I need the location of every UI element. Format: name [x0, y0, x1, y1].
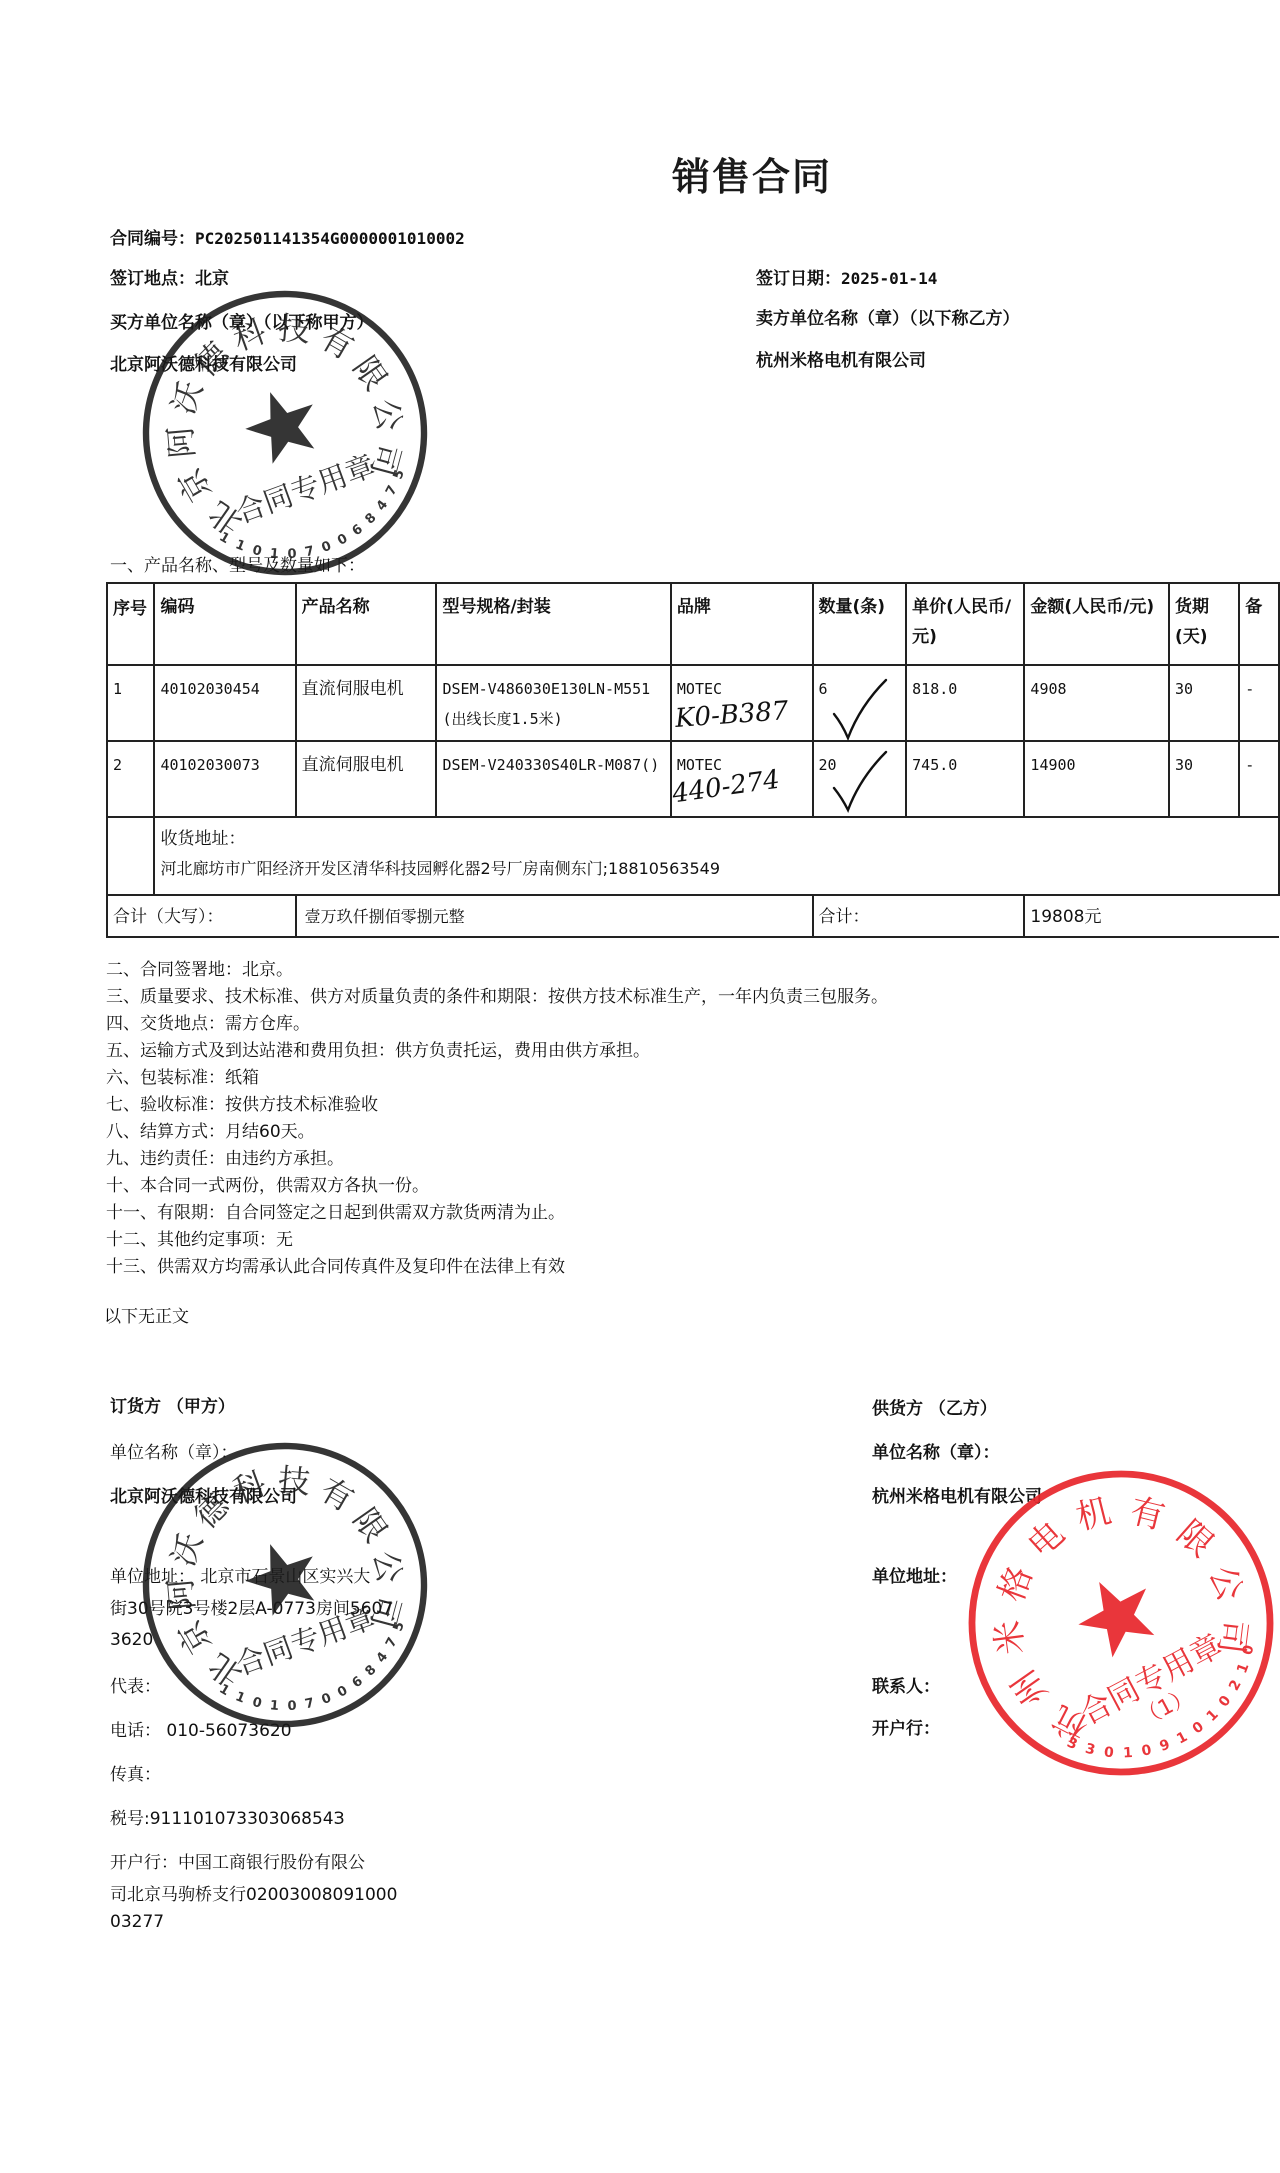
clause-item: 九、违约责任：由违约方承担。 [106, 1146, 888, 1173]
items-table: 序号 编码 产品名称 型号规格/封装 品牌 数量(条) 单价(人民币/元) 金额… [106, 582, 1280, 938]
svg-text:机: 机 [1072, 1491, 1115, 1538]
buyer-tax-number: 税号:91110107330306854З [110, 1804, 345, 1829]
row-amount: 14900 [1024, 741, 1169, 817]
svg-text:5: 5 [391, 468, 408, 482]
delivery-address-label: 收货地址： [160, 824, 1273, 854]
sign-place-label: 签订地点： [110, 269, 195, 289]
clause-item: 五、运输方式及到达站港和费用负担：供方负责托运，费用由供方承担。 [106, 1038, 888, 1065]
svg-text:德: 德 [187, 334, 237, 384]
row-code: 40102030073 [154, 741, 295, 817]
header-note: 备 [1239, 583, 1279, 665]
header-amount: 金额(人民币/元) [1024, 583, 1169, 665]
svg-text:0: 0 [1240, 1643, 1258, 1656]
clause-item: 三、质量要求、技术标准、供方对质量负责的条件和期限：按供方技术标准生产，一年内负… [106, 984, 888, 1011]
sign-date-label: 签订日期： [756, 269, 841, 289]
seller-bank-label: 开户行： [872, 1714, 940, 1739]
row-amount: 4908 [1024, 665, 1169, 741]
buyer-bank-line3: 03277 [110, 1912, 164, 1932]
row-product-name: 直流伺服电机 [296, 665, 437, 741]
svg-text:5: 5 [391, 1620, 408, 1634]
row-unit-price: 745.0 [906, 741, 1024, 817]
sign-place: 签订地点：北京 [110, 264, 229, 289]
contract-clauses: 二、合同签署地：北京。 三、质量要求、技术标准、供方对质量负责的条件和期限：按供… [106, 957, 888, 1281]
seller-unit-name-label: 单位名称（章）： [872, 1438, 1000, 1463]
svg-text:1: 1 [1204, 1707, 1222, 1725]
svg-text:1: 1 [233, 1689, 247, 1706]
svg-text:0: 0 [1216, 1693, 1235, 1711]
svg-text:6: 6 [350, 1674, 366, 1691]
buyer-company-stamp: 北京阿沃德科技有限公司合同专用章1101070068475 [140, 1440, 430, 1730]
svg-text:州: 州 [1004, 1662, 1056, 1713]
svg-text:1: 1 [233, 537, 247, 554]
svg-text:0: 0 [287, 1699, 297, 1714]
svg-text:0: 0 [335, 531, 350, 549]
svg-text:格: 格 [992, 1561, 1041, 1607]
svg-text:沃: 沃 [164, 376, 211, 419]
clause-item: 十二、其他约定事项：无 [106, 1227, 888, 1254]
table-header-row: 序号 编码 产品名称 型号规格/封装 品牌 数量(条) 单价(人民币/元) 金额… [107, 583, 1279, 665]
svg-text:限: 限 [346, 349, 395, 397]
svg-text:9: 9 [1158, 1737, 1173, 1755]
buyer-company-stamp: 北京阿沃德科技有限公司合同专用章1101070068475 [140, 288, 430, 578]
sign-date-value: 2025-01-14 [841, 269, 937, 288]
svg-text:7: 7 [304, 544, 316, 561]
svg-text:0: 0 [251, 543, 263, 560]
buyer-bank-line2: 司北京马驹桥支行02003008091000 [110, 1880, 397, 1905]
svg-text:科: 科 [228, 1464, 271, 1511]
svg-text:米: 米 [988, 1618, 1032, 1657]
total-words-label: 合计（大写）： [107, 895, 296, 937]
svg-text:2: 2 [1226, 1677, 1245, 1693]
delivery-address-row: 收货地址： 河北廊坊市广阳经济开发区清华科技园孵化器2号厂房南侧东门;18810… [107, 817, 1279, 895]
svg-text:阿: 阿 [161, 1576, 202, 1611]
contract-number: 合同编号：PC202501141354G0000001010002 [110, 224, 465, 249]
total-amount: 19808元 [1024, 895, 1279, 937]
total-row: 合计（大写）： 壹万玖仟捌佰零捌元整 合计： 19808元 [107, 895, 1279, 937]
clause-item: 八、结算方式：月结60天。 [106, 1119, 888, 1146]
row-lead-days: 30 [1169, 741, 1239, 817]
checkmark-icon [830, 676, 890, 742]
svg-text:1: 1 [1123, 1745, 1134, 1761]
row-note: - [1239, 665, 1279, 741]
svg-text:0: 0 [1103, 1744, 1114, 1761]
row-seq: 1 [107, 665, 154, 741]
svg-text:电: 电 [1020, 1514, 1072, 1567]
seller-label: 卖方单位名称（章）（以下称乙方） [756, 304, 1020, 329]
svg-text:公: 公 [366, 396, 409, 434]
checkmark-icon [830, 748, 890, 814]
row-product-name: 直流伺服电机 [296, 741, 437, 817]
svg-text:4: 4 [374, 1650, 391, 1666]
clause-item: 四、交货地点：需方仓库。 [106, 1011, 888, 1038]
clause-item: 七、验收标准：按供方技术标准验收 [106, 1092, 888, 1119]
header-lead-days: 货期(天) [1169, 583, 1239, 665]
svg-text:1: 1 [1234, 1661, 1252, 1676]
svg-text:有: 有 [1126, 1491, 1169, 1538]
row-lead-days: 30 [1169, 665, 1239, 741]
seller-address-label: 单位地址： [872, 1562, 957, 1587]
total-words: 壹万玖仟捌佰零捌元整 [296, 895, 813, 937]
seller-contact-label: 联系人： [872, 1672, 940, 1697]
svg-text:0: 0 [320, 539, 334, 556]
header-model: 型号规格/封装 [436, 583, 670, 665]
svg-text:德: 德 [187, 1486, 237, 1536]
sign-place-value: 北京 [195, 269, 229, 289]
svg-text:0: 0 [320, 1691, 334, 1708]
end-note: 以下无正文 [104, 1302, 189, 1327]
contract-number-label: 合同编号： [110, 229, 195, 249]
svg-text:合同专用章: 合同专用章 [231, 1600, 379, 1682]
document-title: 销售合同 [672, 146, 832, 201]
svg-text:3: 3 [1084, 1741, 1097, 1759]
svg-text:有: 有 [314, 1470, 361, 1519]
seller-company-stamp: 杭州米格电机有限公司合同专用章（1）3301091010210 [966, 1468, 1276, 1778]
buyer-heading: 订货方 （甲方） [110, 1392, 235, 1417]
header-product-name: 产品名称 [296, 583, 437, 665]
header-brand: 品牌 [671, 583, 813, 665]
svg-text:0: 0 [251, 1695, 263, 1712]
delivery-address-spacer [107, 817, 154, 895]
clause-item: 二、合同签署地：北京。 [106, 957, 888, 984]
svg-text:0: 0 [287, 547, 297, 562]
svg-text:合同专用章: 合同专用章 [231, 448, 379, 530]
seller-name: 杭州米格电机有限公司 [756, 346, 926, 371]
svg-text:8: 8 [362, 510, 379, 527]
row-model: DSEM-V486030E130LN-M551(出线长度1.5米) [436, 665, 670, 741]
svg-text:0: 0 [335, 1683, 350, 1701]
clause-item: 十、本合同一式两份，供需双方各执一份。 [106, 1173, 888, 1200]
seller-heading: 供货方 （乙方） [872, 1394, 997, 1419]
row-code: 40102030454 [154, 665, 295, 741]
header-unit-price: 单价(人民币/元) [906, 583, 1024, 665]
svg-text:1: 1 [1174, 1729, 1190, 1748]
svg-text:8: 8 [362, 1662, 379, 1679]
row-unit-price: 818.0 [906, 665, 1024, 741]
svg-text:7: 7 [383, 483, 401, 498]
svg-text:7: 7 [383, 1635, 401, 1650]
header-code: 编码 [154, 583, 295, 665]
svg-text:公: 公 [1201, 1560, 1250, 1606]
svg-text:4: 4 [374, 498, 391, 514]
row-note: - [1239, 741, 1279, 817]
clause-item: 十三、供需双方均需承认此合同传真件及复印件在法律上有效 [106, 1254, 888, 1281]
svg-text:沃: 沃 [164, 1528, 211, 1571]
clause-item: 六、包装标准：纸箱 [106, 1065, 888, 1092]
row-model: DSEM-V240330S40LR-M087() [436, 741, 670, 817]
svg-text:科: 科 [228, 312, 271, 359]
svg-text:有: 有 [314, 318, 361, 367]
total-label: 合计： [813, 895, 1025, 937]
svg-text:限: 限 [346, 1501, 395, 1549]
svg-text:7: 7 [304, 1696, 316, 1713]
svg-text:1: 1 [269, 1698, 279, 1714]
header-seq: 序号 [107, 583, 154, 665]
delivery-address: 河北廊坊市广阳经济开发区清华科技园孵化器2号厂房南侧东门;18810563549 [160, 854, 1273, 884]
row-seq: 2 [107, 741, 154, 817]
svg-text:0: 0 [1140, 1742, 1153, 1760]
svg-text:0: 0 [1190, 1719, 1208, 1738]
svg-text:技: 技 [277, 1461, 312, 1502]
clause-item: 十一、有限期：自合同签定之日起到供需双方款货两清为止。 [106, 1200, 888, 1227]
svg-text:京: 京 [170, 1614, 219, 1661]
contract-number-value: PC202501141354G0000001010002 [195, 229, 465, 248]
svg-text:阿: 阿 [161, 424, 202, 459]
buyer-fax-label: 传真： [110, 1760, 161, 1785]
svg-text:6: 6 [350, 522, 366, 539]
delivery-address-cell: 收货地址： 河北廊坊市广阳经济开发区清华科技园孵化器2号厂房南侧东门;18810… [154, 817, 1279, 895]
buyer-bank-line1: 开户行：中国工商银行股份有限公 [110, 1848, 365, 1873]
svg-text:公: 公 [366, 1548, 409, 1586]
svg-text:1: 1 [269, 546, 279, 562]
header-qty: 数量(条) [813, 583, 907, 665]
svg-text:限: 限 [1169, 1513, 1221, 1566]
svg-text:京: 京 [170, 462, 219, 509]
svg-text:技: 技 [277, 309, 312, 350]
sign-date: 签订日期：2025-01-14 [756, 264, 937, 289]
